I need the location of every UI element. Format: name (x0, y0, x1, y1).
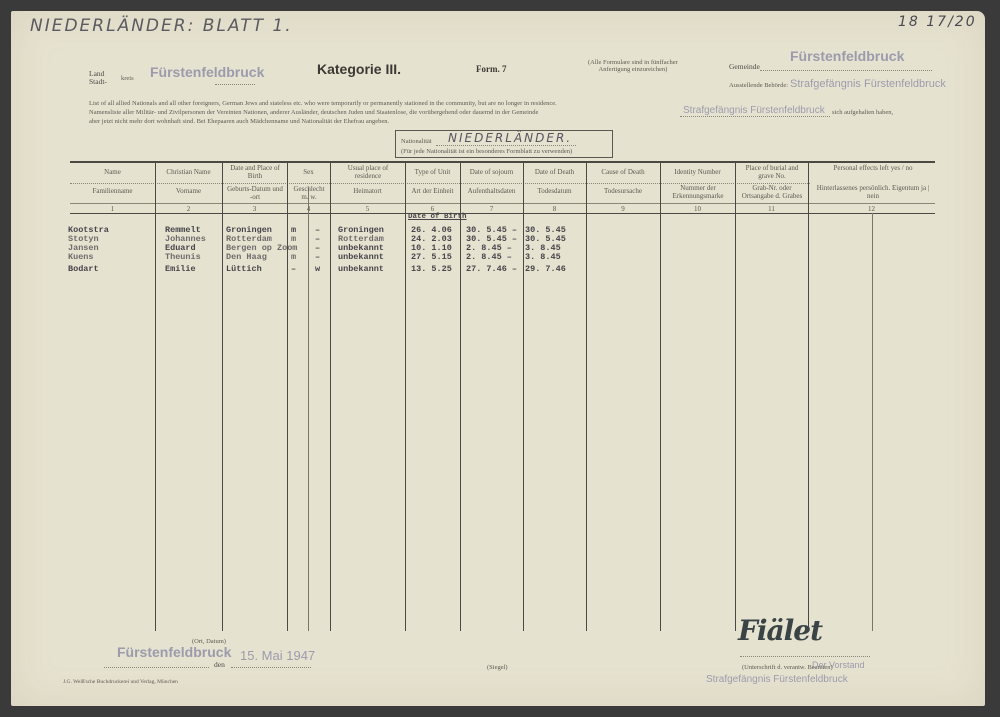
col-number-12: 12 (808, 205, 935, 213)
col-header-en-9: Cause of Death (586, 169, 660, 177)
col-header-de-4: Geschlecht m. w. (289, 186, 329, 201)
col-header-de-2: Vorname (155, 188, 222, 196)
cell-name: Kuens (68, 252, 94, 262)
nationality-note: (Für jede Nationalität ist ein besondere… (401, 148, 572, 155)
nationality-value: NIEDERLÄNDER. (448, 131, 572, 145)
col-divider (808, 161, 809, 631)
col-divider-sex (308, 188, 309, 631)
col-number-2: 2 (155, 205, 222, 213)
col-divider (460, 161, 461, 631)
nationality-box: Nationalität NIEDERLÄNDER. (Für jede Nat… (395, 130, 613, 158)
cell-sex-m: m (291, 252, 296, 262)
gemeinde-stamp: Fürstenfeldbruck (790, 48, 904, 64)
cell-dob: 13. 5.25 (411, 264, 452, 274)
category-title: Kategorie III. (317, 61, 401, 77)
intro-german-line-1: Namensliste aller Militär- und Zivilpers… (89, 109, 679, 116)
col-divider (330, 161, 331, 631)
col-header-en-8: Date of Death (523, 169, 586, 177)
col-header-en-12: Personal effects left yes / no (818, 165, 928, 173)
place-stamp: Fürstenfeldbruck (117, 644, 231, 660)
col-header-de-6: Art der Einheit (405, 188, 460, 196)
nationality-label: Nationalität (401, 138, 432, 145)
col-number-11: 11 (735, 205, 808, 213)
printer-credit: J.G. Weiß'sche Buchdruckerei und Verlag,… (63, 679, 178, 685)
intro-stamp: Strafgefängnis Fürstenfeldbruck (683, 105, 825, 116)
col-header-en-11: Place of burial and grave No. (740, 165, 804, 180)
signature-stamp-title: Der Vorstand (812, 660, 865, 670)
col-header-de-8: Todesdatum (523, 188, 586, 196)
submission-note: (Alle Formulare sind in fünffacher Anfer… (588, 59, 678, 74)
col-header-de-9: Todesursache (586, 188, 660, 196)
col-header-de-10: Nummer der Erkennungsmarke (663, 185, 733, 200)
intro-german-line-1-end: sich aufgehalten haben, (832, 109, 893, 116)
intro-english: List of all allied Nationals and all oth… (89, 100, 719, 107)
intro-dotted-line (680, 116, 830, 117)
date-stamp: 15. Mai 1947 (240, 648, 315, 663)
col-header-en-6: Type of Unit (405, 169, 460, 177)
col-header-de-3: Geburts-Datum und -ort (226, 186, 284, 201)
col-header-en-5: Usual place of residence (334, 165, 402, 180)
cell-sex-w: w (315, 264, 320, 274)
handwritten-reference-number: 18 17/20 (898, 14, 977, 30)
place-dotted-line (104, 667, 209, 668)
ausstellende-label: Ausstellende Behörde: (729, 82, 788, 89)
den-label: den (214, 660, 225, 669)
col-number-6: 6 (405, 205, 460, 213)
col-header-en-3: Date and Place of Birth (224, 165, 286, 180)
cell-residence: unbekannt (338, 264, 384, 274)
cell-sojourn: 27. 7.46 – (466, 264, 517, 274)
header-number-divider (70, 203, 935, 204)
ausstellende-stamp: Strafgefängnis Fürstenfeldbruck (790, 78, 946, 90)
form-number: Form. 7 (476, 64, 507, 74)
date-dotted-line (231, 667, 311, 668)
table-header-bottom-border (70, 213, 935, 214)
col-number-5: 5 (330, 205, 405, 213)
col-number-1: 1 (70, 205, 155, 213)
col-divider (222, 161, 223, 631)
nationality-dotted-line (436, 145, 576, 146)
col-divider (155, 161, 156, 631)
signature-dotted-line (740, 656, 870, 657)
cell-dob: 27. 5.15 (411, 252, 452, 262)
col-divider (735, 161, 736, 631)
col-number-7: 7 (460, 205, 523, 213)
kreis-stamp: Fürstenfeldbruck (150, 64, 264, 80)
col-divider (586, 161, 587, 631)
col-header-de-12: Hinterlassenes persönlich. Eigentum ja |… (812, 185, 934, 200)
cell-birthplace: Lüttich (226, 264, 262, 274)
col-header-en-2: Christian Name (155, 169, 222, 177)
gemeinde-label: Gemeinde (729, 62, 760, 71)
col-header-en-4: Sex (287, 169, 330, 177)
kreis-dotted-line (215, 84, 255, 85)
cell-vorname: Emilie (165, 264, 196, 274)
col-number-4: 4 (287, 205, 330, 213)
cell-sex-w: – (315, 252, 320, 262)
cell-name: Bodart (68, 264, 99, 274)
cell-sojourn: 2. 8.45 – (466, 252, 512, 262)
col-number-8: 8 (523, 205, 586, 213)
cell-death: 3. 8.45 (525, 252, 561, 262)
col-header-de-7: Aufenthaltsdaten (460, 188, 523, 196)
col-divider (523, 161, 524, 631)
col-header-en-7: Date of sojourn (460, 169, 523, 177)
handwritten-sheet-label: NIEDERLÄNDER: BLATT 1. (30, 16, 293, 36)
cell-vorname: Theunis (165, 252, 201, 262)
col-header-de-11: Grab-Nr. oder Ortsangabe d. Grabes (737, 185, 807, 200)
col6-typed-label: Date of Birth (408, 213, 467, 221)
col-header-de-1: Familienname (70, 188, 155, 196)
col-number-3: 3 (222, 205, 287, 213)
table-top-border (70, 161, 935, 163)
col-number-10: 10 (660, 205, 735, 213)
cell-death: 29. 7.46 (525, 264, 566, 274)
cell-sex-m: – (291, 264, 296, 274)
col-divider (660, 161, 661, 631)
col-header-de-5: Heimatort (330, 188, 405, 196)
col-header-en-10: Identity Number (660, 169, 735, 177)
signature-stamp-institution: Strafgefängnis Fürstenfeldbruck (706, 674, 848, 685)
cell-residence: unbekannt (338, 252, 384, 262)
col-divider-effects (872, 213, 873, 631)
cell-birthplace: Den Haag (226, 252, 267, 262)
signature: Fiälet (738, 614, 822, 647)
seal-label: (Siegel) (487, 664, 508, 671)
col-header-en-1: Name (70, 169, 155, 177)
col-number-9: 9 (586, 205, 660, 213)
kreis-label: kreis (121, 75, 134, 82)
col-divider (287, 161, 288, 631)
col-divider (405, 161, 406, 631)
land-stadt-label: Land Stadt- (89, 70, 107, 87)
gemeinde-dotted-line (760, 70, 932, 71)
intro-german-line-2: aber jetzt nicht mehr dort wohnhaft sind… (89, 118, 589, 125)
